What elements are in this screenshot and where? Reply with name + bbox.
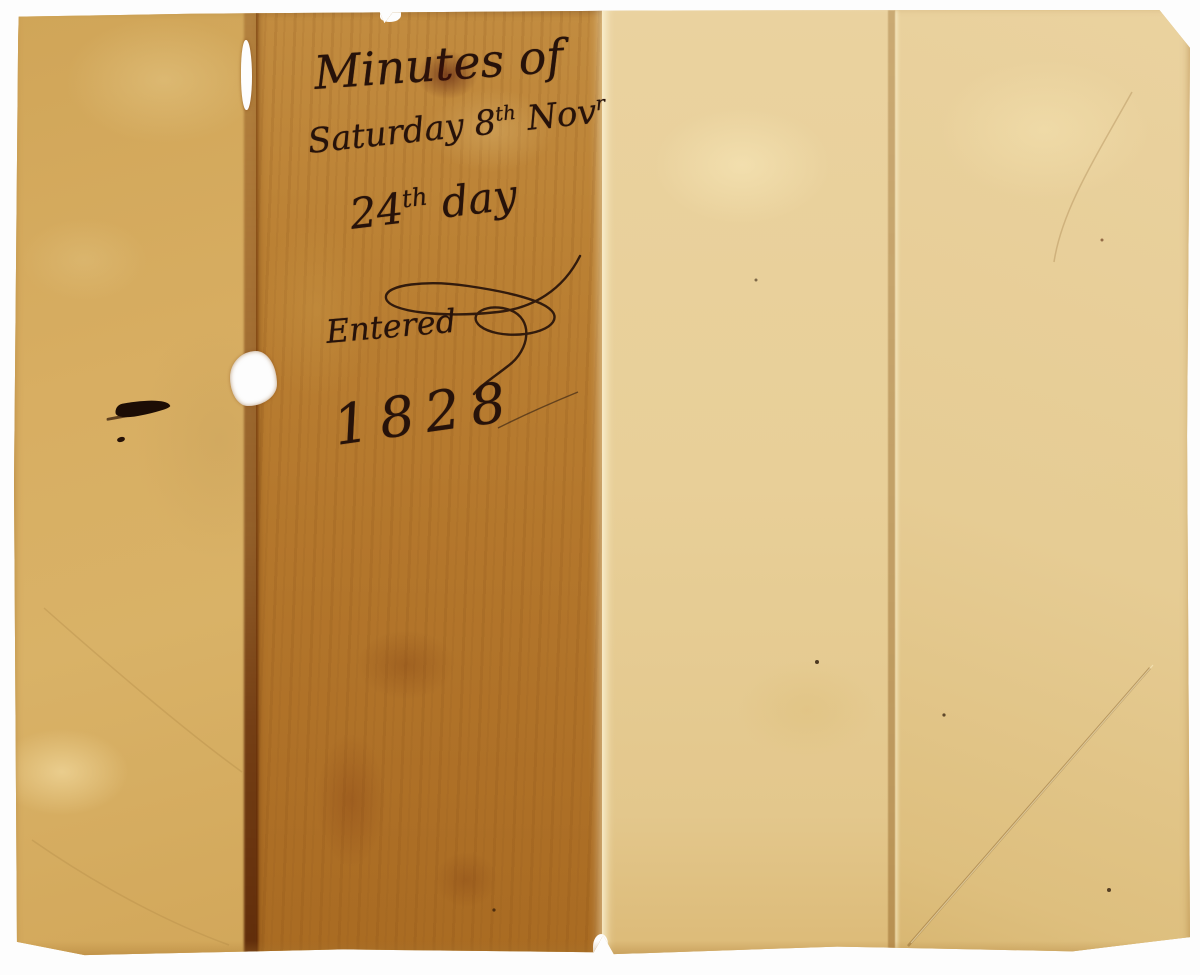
ink-smudge — [415, 50, 479, 100]
inscription-day-number: 24 — [347, 184, 406, 239]
panel-third-fold — [602, 10, 894, 957]
tear-hole-at-left-fold — [230, 351, 277, 406]
document-paper: Minutes of Saturday 8th Novr 24th day En… — [14, 10, 1190, 957]
inscription-day-superscript: th — [400, 182, 429, 214]
tear-notch-bottom-edge — [593, 934, 608, 957]
inscription-month-text: Nov — [514, 92, 598, 140]
panel-right-fold — [894, 10, 1190, 957]
panel-spine — [256, 10, 602, 957]
scan-background: Minutes of Saturday 8th Novr 24th day En… — [0, 0, 1200, 975]
tear-at-left-fold-top — [241, 40, 252, 110]
panel-left-fold — [14, 10, 256, 957]
inscription-date-superscript: th — [494, 101, 517, 126]
